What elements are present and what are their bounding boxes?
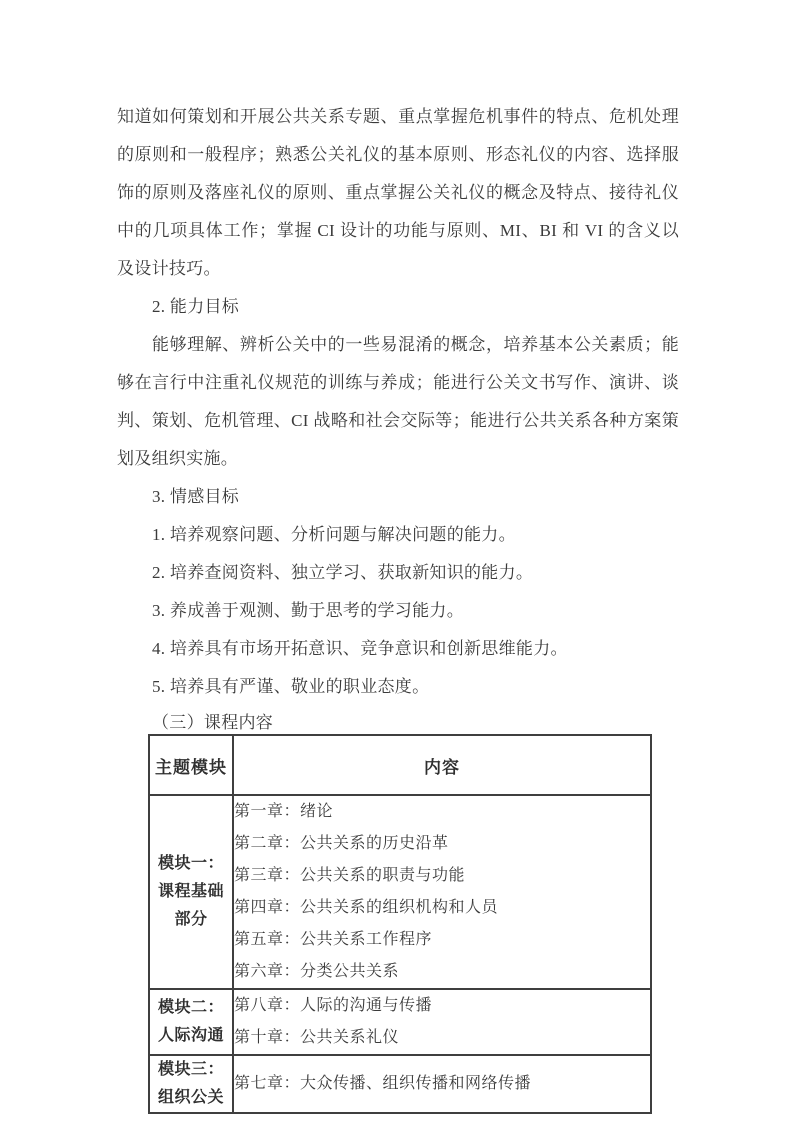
- ability-goal-paragraph: 能够理解、辨析公关中的一些易混淆的概念，培养基本公关素质；能够在言行中注重礼仪规…: [117, 326, 679, 478]
- chapter-line: 第一章：绪论: [234, 796, 650, 828]
- affective-goal-heading: 3. 情感目标: [117, 478, 679, 516]
- table-header-content: 内容: [233, 735, 651, 795]
- affective-item-1: 1. 培养观察问题、分析问题与解决问题的能力。: [117, 516, 679, 554]
- chapter-line: 第七章：大众传播、组织传播和网络传播: [234, 1068, 650, 1100]
- course-content-table-wrap: 主题模块 内容 模块一：课程基础部分 第一章：绪论 第二章：公共关系的历史沿革 …: [148, 734, 654, 1114]
- chapter-line: 第十章：公共关系礼仪: [234, 1022, 650, 1054]
- table-row-module-2: 模块二：人际沟通 第八章：人际的沟通与传播 第十章：公共关系礼仪: [149, 989, 651, 1055]
- table-header-row: 主题模块 内容: [149, 735, 651, 795]
- module-cell-3: 模块三：组织公关: [149, 1055, 233, 1113]
- affective-item-2: 2. 培养查阅资料、独立学习、获取新知识的能力。: [117, 554, 679, 592]
- chapter-line: 第八章：人际的沟通与传播: [234, 990, 650, 1022]
- document-page: 知道如何策划和开展公共关系专题、重点掌握危机事件的特点、危机处理的原则和一般程序…: [0, 0, 794, 1123]
- table-header-module: 主题模块: [149, 735, 233, 795]
- chapters-cell-1: 第一章：绪论 第二章：公共关系的历史沿革 第三章：公共关系的职责与功能 第四章：…: [233, 795, 651, 989]
- affective-item-4: 4. 培养具有市场开拓意识、竞争意识和创新思维能力。: [117, 630, 679, 668]
- intro-paragraph: 知道如何策划和开展公共关系专题、重点掌握危机事件的特点、危机处理的原则和一般程序…: [117, 98, 679, 288]
- ability-goal-heading: 2. 能力目标: [117, 288, 679, 326]
- affective-item-5: 5. 培养具有严谨、敬业的职业态度。: [117, 668, 679, 706]
- chapters-cell-2: 第八章：人际的沟通与传播 第十章：公共关系礼仪: [233, 989, 651, 1055]
- chapter-line: 第三章：公共关系的职责与功能: [234, 860, 650, 892]
- chapters-cell-3: 第七章：大众传播、组织传播和网络传播: [233, 1055, 651, 1113]
- course-content-table: 主题模块 内容 模块一：课程基础部分 第一章：绪论 第二章：公共关系的历史沿革 …: [148, 734, 652, 1114]
- chapter-line: 第五章：公共关系工作程序: [234, 924, 650, 956]
- document-body: 知道如何策划和开展公共关系专题、重点掌握危机事件的特点、危机处理的原则和一般程序…: [117, 98, 679, 1114]
- chapter-line: 第六章：分类公共关系: [234, 956, 650, 988]
- chapter-line: 第四章：公共关系的组织机构和人员: [234, 892, 650, 924]
- table-row-module-1: 模块一：课程基础部分 第一章：绪论 第二章：公共关系的历史沿革 第三章：公共关系…: [149, 795, 651, 989]
- affective-item-3: 3. 养成善于观测、勤于思考的学习能力。: [117, 592, 679, 630]
- module-cell-2: 模块二：人际沟通: [149, 989, 233, 1055]
- module-cell-1: 模块一：课程基础部分: [149, 795, 233, 989]
- table-row-module-3: 模块三：组织公关 第七章：大众传播、组织传播和网络传播: [149, 1055, 651, 1113]
- chapter-line: 第二章：公共关系的历史沿革: [234, 828, 650, 860]
